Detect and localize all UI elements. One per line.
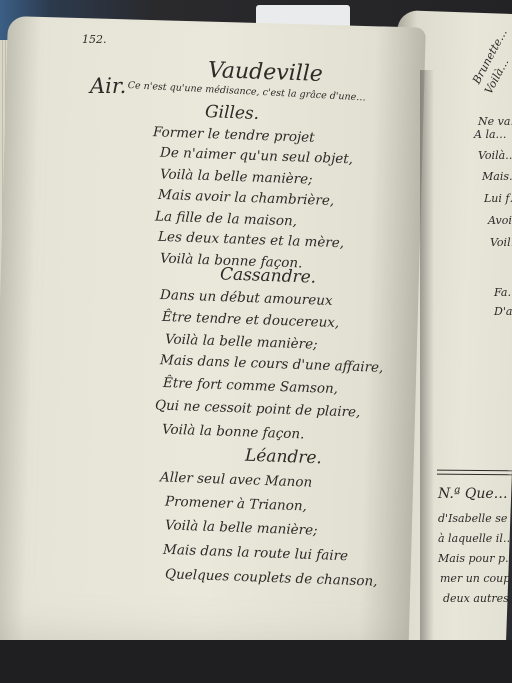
- right-fragment: Mais…: [482, 170, 512, 183]
- right-fragment: A la…: [474, 128, 507, 141]
- right-fragment: D'a…: [494, 305, 512, 318]
- speaker-leandre: Léandre.: [245, 446, 323, 469]
- right-note-fragment: Mais pour p…: [438, 552, 512, 565]
- right-note-fragment: mer un coup…: [440, 572, 512, 585]
- right-fragment: Voilà…: [478, 149, 512, 162]
- page-title: Vaudeville: [208, 58, 324, 87]
- right-note-fragment: deux autres…: [443, 592, 512, 605]
- background-dark-bottom: [0, 640, 512, 683]
- speaker-gilles: Gilles.: [205, 102, 260, 124]
- right-note-fragment: N.ª Que…: [438, 486, 508, 502]
- section-divider-rule: [437, 470, 512, 476]
- right-fragment: Lui f…: [484, 192, 512, 205]
- speaker-cassandre: Cassandre.: [220, 264, 317, 287]
- right-note-fragment: à laquelle il…: [438, 532, 512, 545]
- right-fragment: Fa…: [494, 286, 512, 299]
- air-label: Air.: [90, 74, 126, 98]
- right-fragment: Voil…: [490, 236, 512, 249]
- right-fragment: Ne va…: [478, 115, 512, 128]
- right-fragment: Avoi…: [488, 214, 512, 227]
- right-note-fragment: d'Isabelle se re…: [438, 512, 512, 525]
- page-number: 152.: [82, 33, 107, 46]
- book-gutter-shadow: [420, 70, 434, 650]
